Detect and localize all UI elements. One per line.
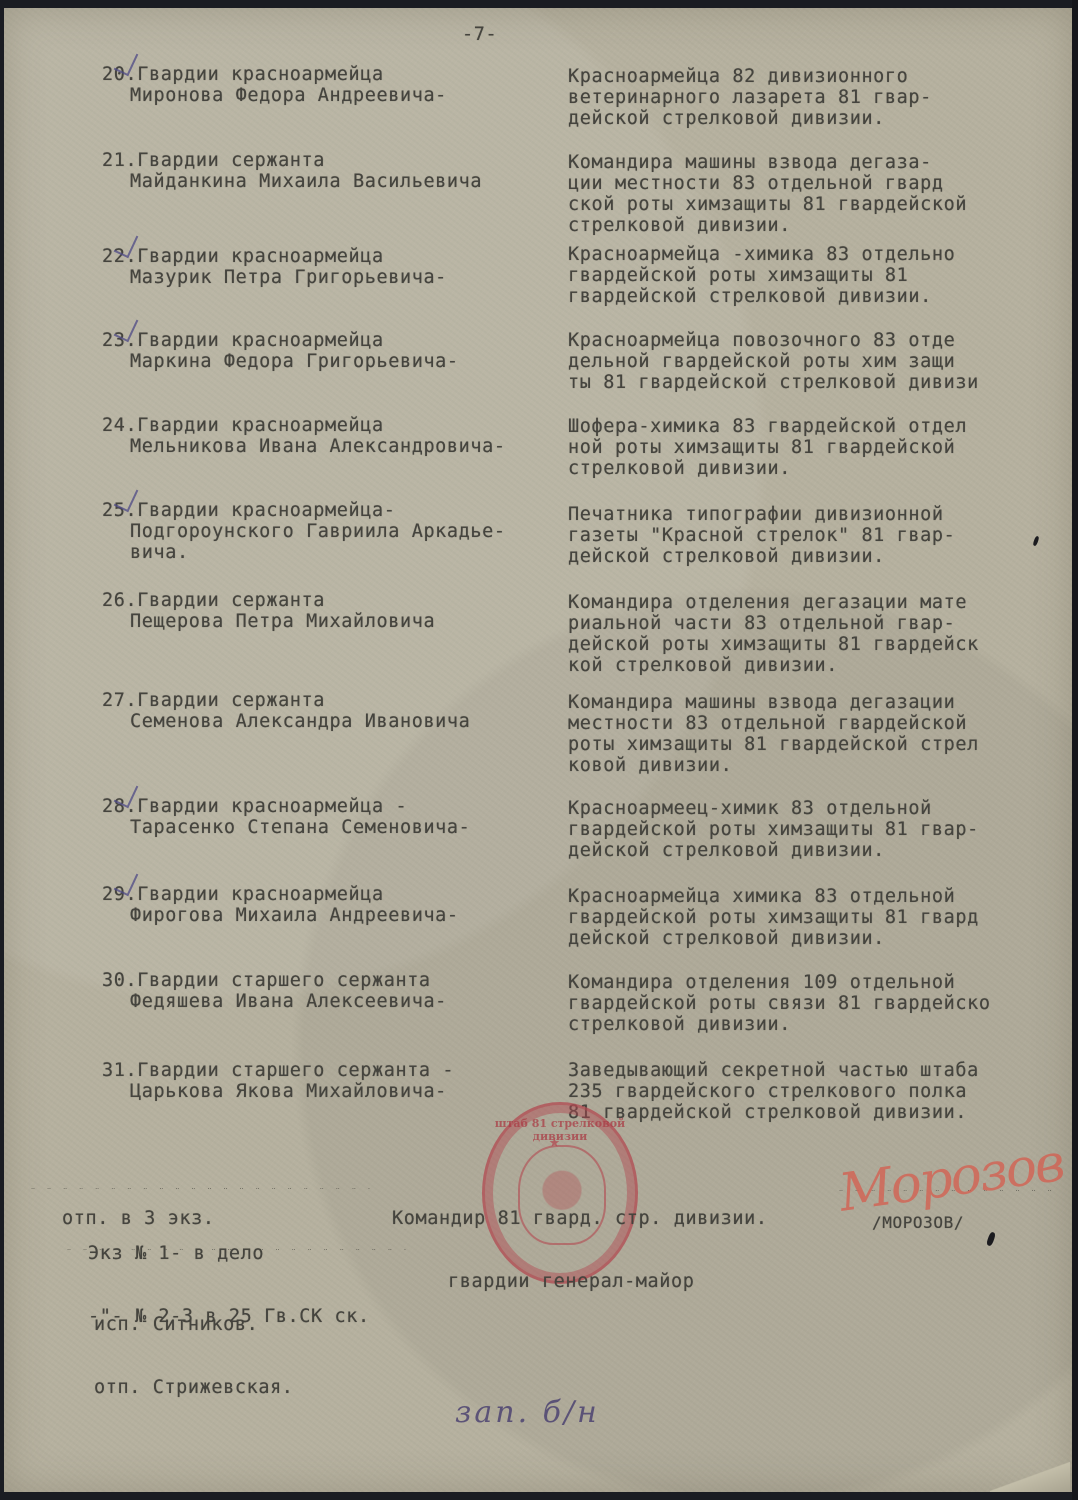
position-line: роты химзащиты 81 гвардейской стрел [568,734,1078,755]
entry-number: 27. [102,690,137,711]
recipient-rank: Гвардии сержанта [137,690,325,711]
position-line: дейской стрелковой дивизии. [568,928,1078,949]
recipient-name: Тарасенко Степана Семеновича- [102,817,470,838]
recipient-name: Пещерова Петра Михайловича [102,611,435,632]
position-line: газеты "Красной стрелок" 81 гвар- [568,525,1078,546]
entry-number: 21. [102,150,137,171]
recipient-position: Командира отделения дегазации материальн… [568,592,1078,676]
position-line: стрелковой дивизии. [568,458,1078,479]
signatory-title: Командир 81 гвард. стр. дивизии. гвардии… [392,1166,768,1313]
recipient-name: Майданкина Михаила Васильевича [102,171,482,192]
position-line: дейской стрелковой дивизии. [568,840,1078,861]
entry-number: 24. [102,415,137,436]
executors-block: исп. Ситников. отп. Стрижевская. [94,1272,294,1419]
position-line: 81 гвардейской стрелковой дивизии. [568,1102,1078,1123]
position-line: Печатника типографии дивизионной [568,504,1078,525]
position-line: гвардейской роты химзащиты 81 гвар- [568,819,1078,840]
position-line: 235 гвардейского стрелкового полка [568,1081,1078,1102]
recipient-position: Заведывающий секретной частью штаба235 г… [568,1060,1078,1123]
recipient-name: Мазурик Петра Григорьевича- [102,267,447,288]
recipient-rank: Гвардии сержанта [137,150,325,171]
entry-recipient: 28.Гвардии красноармейца -Тарасенко Степ… [102,796,470,838]
position-line: Командира машины взвода дегазации [568,692,1078,713]
recipient-position: Красноармейца повозочного 83 отдедельной… [568,330,1078,393]
recipient-position: Шофера-химика 83 гвардейской отделной ро… [568,416,1078,479]
entry-recipient: 31.Гвардии старшего сержанта -Царькова Я… [102,1060,454,1102]
position-line: гвардейской роты химзащиты 81 [568,265,1078,286]
handwritten-note: зап. б/н [455,1395,600,1430]
position-line: Красноармейца химика 83 отдельной [568,886,1078,907]
position-line: местности 83 отдельной гвардейской [568,713,1078,734]
position-line: стрелковой дивизии. [568,215,1078,236]
position-line: Шофера-химика 83 гвардейской отдел [568,416,1078,437]
dotted-rule-icon: " " " " " " " " " " " " " " " " " " " " … [30,1188,370,1194]
entry-number: 30. [102,970,137,991]
position-line: гвардейской стрелковой дивизии. [568,286,1078,307]
recipient-name: Миронова Федора Андреевича- [102,85,447,106]
position-line: гвардейской роты связи 81 гвардейско [568,993,1078,1014]
recipient-rank: Гвардии старшего сержанта [137,970,430,991]
recipient-position: Командира машины взвода дегаза-ции местн… [568,152,1078,236]
folded-corner [990,1462,1070,1492]
position-line: дейской стрелковой дивизии. [568,108,1078,129]
position-line: Командира машины взвода дегаза- [568,152,1078,173]
stamp-text: штаб 81 стрелковой дивизии [485,1117,635,1143]
executor-name: исп. Ситников. [94,1314,294,1335]
typist-name: отп. Стрижевская. [94,1377,294,1398]
recipient-rank: Гвардии старшего сержанта - [137,1060,454,1081]
position-line: ковой дивизии. [568,755,1078,776]
recipient-name: Маркина Федора Григорьевича- [102,351,459,372]
entry-number: 26. [102,590,137,611]
recipient-rank: Гвардии красноармейца [137,884,384,905]
recipient-rank: Гвардии красноармейца - [137,796,407,817]
position-line: гвардейской роты химзащиты 81 гвард [568,907,1078,928]
position-line: ветеринарного лазарета 81 гвар- [568,87,1078,108]
position-line: ции местности 83 отдельной гвард [568,173,1078,194]
position-line: дельной гвардейской роты хим защи [568,351,1078,372]
recipient-position: Красноармеец-химик 83 отдельнойгвардейск… [568,798,1078,861]
recipient-name: Федяшева Ивана Алексеевича- [102,991,447,1012]
position-line: ной роты химзащиты 81 гвардейской [568,437,1078,458]
entry-recipient: 20.Гвардии красноармейцаМиронова Федора … [102,64,447,106]
position-line: Красноармеец-химик 83 отдельной [568,798,1078,819]
recipient-position: Командира машины взвода дегазацииместнос… [568,692,1078,776]
position-line: ской роты химзащиты 81 гвардейской [568,194,1078,215]
entry-recipient: 21.Гвардии сержантаМайданкина Михаила Ва… [102,150,482,192]
position-line: дейской роты химзащиты 81 гвардейск [568,634,1078,655]
position-line: Командира отделения дегазации мате [568,592,1078,613]
position-line: стрелковой дивизии. [568,1014,1078,1035]
entry-recipient: 25.Гвардии красноармейца-Подгороунского … [102,500,506,563]
position-line: Заведывающий секретной частью штаба [568,1060,1078,1081]
position-line: дейской стрелковой дивизии. [568,546,1078,567]
entry-recipient: 24.Гвардии красноармейцаМельникова Ивана… [102,415,506,457]
entry-recipient: 30.Гвардии старшего сержантаФедяшева Ива… [102,970,447,1012]
recipient-name: Подгороунского Гавриила Аркадье- вича. [102,521,506,563]
entry-recipient: 27.Гвардии сержантаСеменова Александра И… [102,690,470,732]
position-line: ты 81 гвардейской стрелковой дивизи [568,372,1078,393]
position-line: Красноармейца -химика 83 отдельно [568,244,1078,265]
entry-recipient: 26.Гвардии сержантаПещерова Петра Михайл… [102,590,435,632]
recipient-position: Красноармейца 82 дивизионноговетеринарно… [568,66,1078,129]
recipient-position: Красноармейца химика 83 отдельнойгвардей… [568,886,1078,949]
entry-recipient: 23.Гвардии красноармейцаМаркина Федора Г… [102,330,459,372]
entry-number: 31. [102,1060,137,1081]
recipient-rank: Гвардии красноармейца [137,64,384,85]
position-line: Красноармейца 82 дивизионного [568,66,1078,87]
position-line: риальной части 83 отдельной гвар- [568,613,1078,634]
page-number: -7- [462,24,497,45]
recipient-rank: Гвардии красноармейца [137,246,384,267]
entry-recipient: 22.Гвардии красноармейцаМазурик Петра Гр… [102,246,447,288]
commander-rank: гвардии генерал-майор [392,1271,768,1292]
position-line: Командира отделения 109 отдельной [568,972,1078,993]
recipient-rank: Гвардии сержанта [137,590,325,611]
recipient-rank: Гвардии красноармейца [137,330,384,351]
recipient-position: Печатника типографии дивизионнойгазеты "… [568,504,1078,567]
recipient-name: Семенова Александра Ивановича [102,711,470,732]
commander-title: Командир 81 гвард. стр. дивизии. [392,1208,768,1229]
recipient-name: Фирогова Михаила Андреевича- [102,905,459,926]
recipient-name: Мельникова Ивана Александровича- [102,436,506,457]
dotted-rule-icon: " " " " " " " " " " " " " " " " " " " " … [66,1249,406,1255]
recipient-position: Красноармейца -химика 83 отдельногвардей… [568,244,1078,307]
entry-recipient: 29.Гвардии красноармейцаФирогова Михаила… [102,884,459,926]
recipient-rank: Гвардии красноармейца- [137,500,395,521]
recipient-position: Командира отделения 109 отдельнойгвардей… [568,972,1078,1035]
recipient-rank: Гвардии красноармейца [137,415,384,436]
position-line: Красноармейца повозочного 83 отде [568,330,1078,351]
position-line: кой стрелковой дивизии. [568,655,1078,676]
recipient-name: Царькова Якова Михайловича- [102,1081,454,1102]
